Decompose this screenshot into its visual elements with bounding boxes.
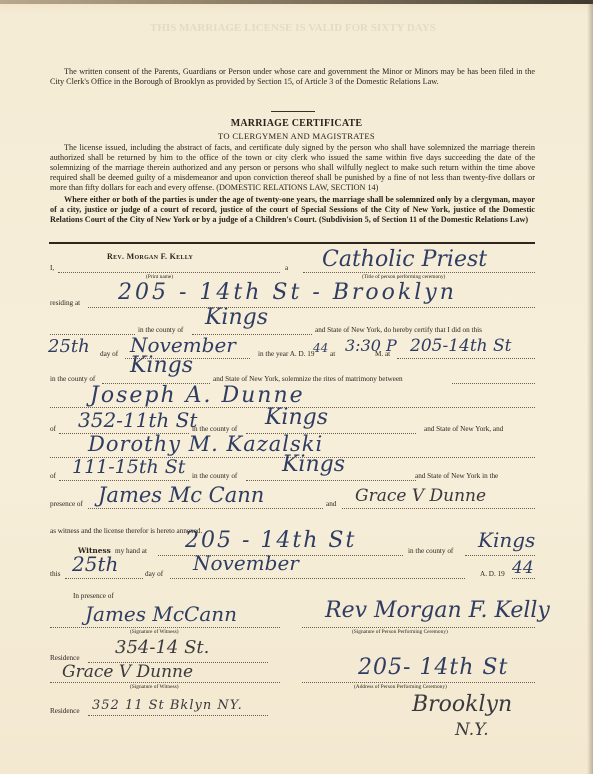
residing-line xyxy=(88,307,535,308)
performer-address-line1: 205- 14th St xyxy=(358,655,508,680)
witness-1-signature-caption: (Signature of Witness) xyxy=(130,629,179,635)
underage-notice: Where either or both of the parties is u… xyxy=(50,195,535,225)
ceremony-day: 25th xyxy=(48,336,90,357)
label-of-2: of xyxy=(50,472,56,480)
bride-county: Kings xyxy=(282,452,345,477)
print-name-line xyxy=(58,272,280,273)
officiant-county: Kings xyxy=(205,305,268,330)
label-in-county-of-4: in the county of xyxy=(192,472,237,480)
officiant-residence: 205 - 14th St - Brooklyn xyxy=(118,280,457,305)
groom-address: 352-11th St xyxy=(78,408,197,432)
officiant-printed-name: Rev. Morgan F. Kelly xyxy=(107,252,193,261)
bride-county-line xyxy=(246,480,416,481)
paper-top-edge xyxy=(0,0,593,4)
label-state-and: and State of New York, and xyxy=(424,425,503,433)
performer-signature-line xyxy=(302,627,535,628)
label-state-in-the: and State of New York in the xyxy=(415,472,498,480)
witness-1-name: James Mc Cann xyxy=(98,483,264,507)
witness-month: November xyxy=(193,551,299,575)
label-m-at: M. at xyxy=(375,350,390,358)
bride-address: 111-15th St xyxy=(72,456,185,478)
label-certify: and State of New York, do hereby certify… xyxy=(315,326,482,334)
label-a: a xyxy=(285,264,288,272)
label-residence-1: Residence xyxy=(50,654,80,662)
label-in-county-of-5: in the county of xyxy=(408,547,453,555)
label-my-hand-at: my hand at xyxy=(115,547,147,555)
label-residence-2: Residence xyxy=(50,707,80,715)
witness-month-line xyxy=(170,578,465,579)
witness-1-line xyxy=(88,508,323,509)
divider-thick xyxy=(49,242,535,244)
witness-county: Kings xyxy=(478,528,535,552)
witness-1-signature-line xyxy=(50,627,280,628)
bleed-through-text: THIS MARRIAGE LICENSE IS VALID FOR SIXTY… xyxy=(150,22,436,34)
witness-2-line xyxy=(342,508,535,509)
ceremony-year: 44 xyxy=(313,341,328,355)
performer-address-line xyxy=(302,682,535,683)
blank-line xyxy=(50,334,135,335)
certificate-page: THIS MARRIAGE LICENSE IS VALID FOR SIXTY… xyxy=(0,0,593,774)
groom-county: Kings xyxy=(265,405,328,430)
witness-1-signature: James McCann xyxy=(85,602,237,626)
label-this: this xyxy=(50,570,60,578)
witness-2-residence: 352 11 St Bklyn NY. xyxy=(92,698,243,713)
witness-county-line xyxy=(465,555,535,556)
witness-1-residence: 354-14 St. xyxy=(115,637,209,658)
performer-address-line3: N.Y. xyxy=(455,720,489,740)
label-presence-of: presence of xyxy=(50,500,83,508)
label-day-of: day of xyxy=(100,350,118,358)
ceremony-county: Kings xyxy=(130,353,193,378)
title-line xyxy=(303,272,535,273)
certificate-title: MARRIAGE CERTIFICATE xyxy=(0,118,593,129)
label-residing-at: residing at xyxy=(50,299,80,307)
witness-2-signature: Grace V Dunne xyxy=(62,662,193,682)
bride-address-line xyxy=(59,480,189,481)
witness-hand-at: 205 - 14th St xyxy=(185,528,356,553)
officiant-title: Catholic Priest xyxy=(322,247,487,272)
performer-signature: Rev Morgan F. Kelly xyxy=(325,598,550,623)
witness-2-name: Grace V Dunne xyxy=(355,486,486,506)
witness-2-residence-line xyxy=(88,715,268,716)
paper-right-edge xyxy=(587,0,593,774)
witness-year-line xyxy=(512,578,535,579)
certificate-subtitle: TO CLERGYMEN AND MAGISTRATES xyxy=(0,131,593,141)
place-line xyxy=(397,358,535,359)
label-and: and xyxy=(326,500,336,508)
witness-year: 44 xyxy=(512,558,534,578)
label-witness-annexed: as witness and the license therefor is h… xyxy=(50,527,202,535)
witness-day: 25th xyxy=(72,552,118,576)
performer-address-caption: (Address of Person Performing Ceremony) xyxy=(354,684,447,690)
witness-2-signature-caption: (Signature of Witness) xyxy=(130,684,179,690)
divider-short xyxy=(271,111,315,112)
performer-address-line2: Brooklyn xyxy=(412,692,512,717)
solemnize-tail-line xyxy=(452,383,535,384)
witness-2-signature-line xyxy=(50,682,280,683)
license-return-notice: The license issued, including the abstra… xyxy=(50,143,535,193)
label-i: I, xyxy=(50,264,54,272)
label-of: of xyxy=(50,425,56,433)
performer-signature-caption: (Signature of Person Performing Ceremony… xyxy=(352,629,448,635)
consent-notice: The written consent of the Parents, Guar… xyxy=(50,67,535,87)
witness-day-line xyxy=(65,578,143,579)
label-day-of-2: day of xyxy=(145,570,163,578)
ceremony-place: 205-14th St xyxy=(410,336,512,356)
label-solemnize: and State of New York, solemnize the rit… xyxy=(213,375,403,383)
label-in-presence-of: In presence of xyxy=(73,592,114,600)
label-ad-19: A. D. 19 xyxy=(480,570,505,578)
label-in-county-of-2: in the county of xyxy=(50,375,95,383)
label-in-year: in the year A. D. 19 xyxy=(258,350,315,358)
label-at: at xyxy=(330,350,335,358)
